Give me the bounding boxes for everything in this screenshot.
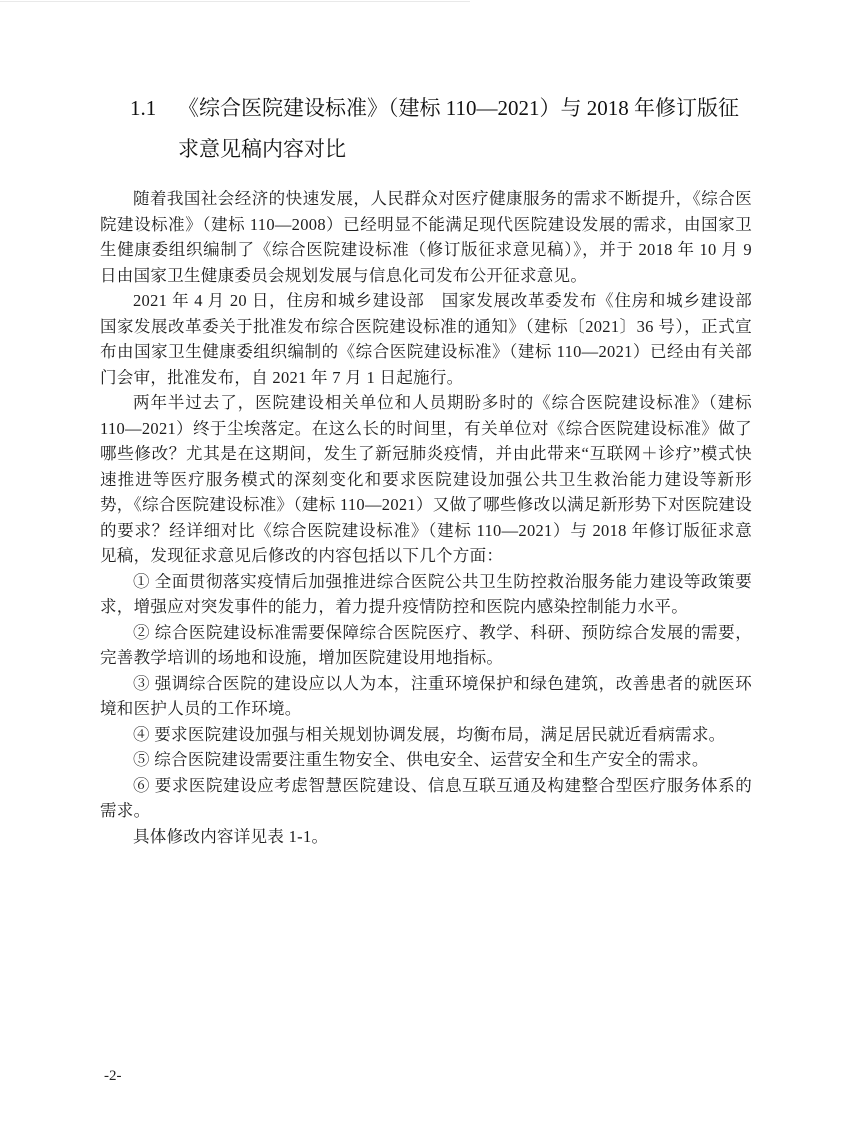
paragraph-comparison: 两年半过去了，医院建设相关单位和人员期盼多时的《综合医院建设标准》（建标 110…: [100, 390, 752, 569]
section-heading: 1.1 《综合医院建设标准》（建标 110—2021）与 2018 年修订版征求…: [130, 88, 752, 170]
section-heading-number: 1.1: [130, 88, 178, 170]
paragraph-closing: 具体修改内容详见表 1-1。: [100, 824, 752, 850]
page-content: 1.1 《综合医院建设标准》（建标 110—2021）与 2018 年修订版征求…: [100, 88, 752, 849]
paragraph-intro: 随着我国社会经济的快速发展，人民群众对医疗健康服务的需求不断提升，《综合医院建设…: [100, 186, 752, 288]
page-number: -2-: [104, 1068, 122, 1085]
section-heading-text: 《综合医院建设标准》（建标 110—2021）与 2018 年修订版征求意见稿内…: [178, 88, 752, 170]
document-page: 1.1 《综合医院建设标准》（建标 110—2021）与 2018 年修订版征求…: [0, 0, 850, 1146]
body-text: 随着我国社会经济的快速发展，人民群众对医疗健康服务的需求不断提升，《综合医院建设…: [100, 186, 752, 849]
list-item-1: ① 全面贯彻落实疫情后加强推进综合医院公共卫生防控救治服务能力建设等政策要求，增…: [100, 569, 752, 620]
paragraph-announcement: 2021 年 4 月 20 日，住房和城乡建设部 国家发展改革委发布《住房和城乡…: [100, 288, 752, 390]
list-item-5: ⑤ 综合医院建设需要注重生物安全、供电安全、运营安全和生产安全的需求。: [100, 747, 752, 773]
list-item-6: ⑥ 要求医院建设应考虑智慧医院建设、信息互联互通及构建整合型医疗服务体系的需求。: [100, 773, 752, 824]
list-item-2: ② 综合医院建设标准需要保障综合医院医疗、教学、科研、预防综合发展的需要，完善教…: [100, 620, 752, 671]
scan-artifact-line: [0, 1, 470, 2]
list-item-3: ③ 强调综合医院的建设应以人为本，注重环境保护和绿色建筑，改善患者的就医环境和医…: [100, 671, 752, 722]
list-item-4: ④ 要求医院建设加强与相关规划协调发展，均衡布局，满足居民就近看病需求。: [100, 722, 752, 748]
